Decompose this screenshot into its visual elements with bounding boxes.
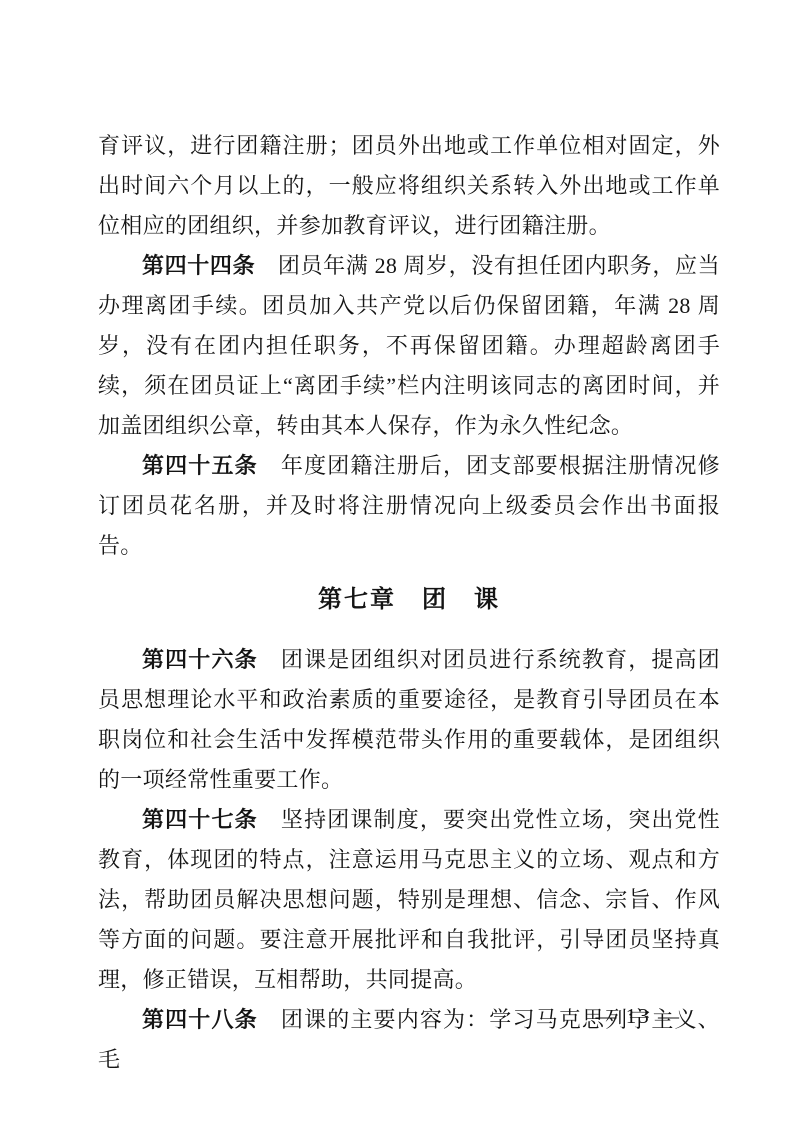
article-lead: 第四十六条 [142,647,281,672]
paragraph-text: 团员年满 28 周岁，没有担任团内职务，应当办理离团手续。团员加入共产党以后仍保… [98,253,720,438]
article-lead: 第四十四条 [142,253,278,278]
chapter-heading: 第七章 团 课 [98,580,720,620]
paragraph-text: 坚持团课制度，要突出党性立场，突出党性教育，体现团的特点，注意运用马克思主义的立… [98,807,720,992]
paragraph-text: 育评议，进行团籍注册；团员外出地或工作单位相对固定，外出时间六个月以上的，一般应… [98,133,720,238]
paragraph-article-44: 第四十四条 团员年满 28 周岁，没有担任团内职务，应当办理离团手续。团员加入共… [98,246,720,446]
document-body: 育评议，进行团籍注册；团员外出地或工作单位相对固定，外出时间六个月以上的，一般应… [98,126,720,1080]
document-page: 育评议，进行团籍注册；团员外出地或工作单位相对固定，外出时间六个月以上的，一般应… [0,0,793,1122]
paragraph-continuation: 育评议，进行团籍注册；团员外出地或工作单位相对固定，外出时间六个月以上的，一般应… [98,126,720,246]
paragraph-article-46: 第四十六条 团课是团组织对团员进行系统教育，提高团员思想理论水平和政治素质的重要… [98,640,720,800]
paragraph-article-47: 第四十七条 坚持团课制度，要突出党性立场，突出党性教育，体现团的特点，注意运用马… [98,800,720,1000]
article-lead: 第四十五条 [142,453,281,478]
article-lead: 第四十八条 [142,1007,281,1032]
article-lead: 第四十七条 [142,807,281,832]
paragraph-article-45: 第四十五条 年度团籍注册后，团支部要根据注册情况修订团员花名册，并及时将注册情况… [98,446,720,566]
page-number: — 13 — [596,1004,682,1028]
